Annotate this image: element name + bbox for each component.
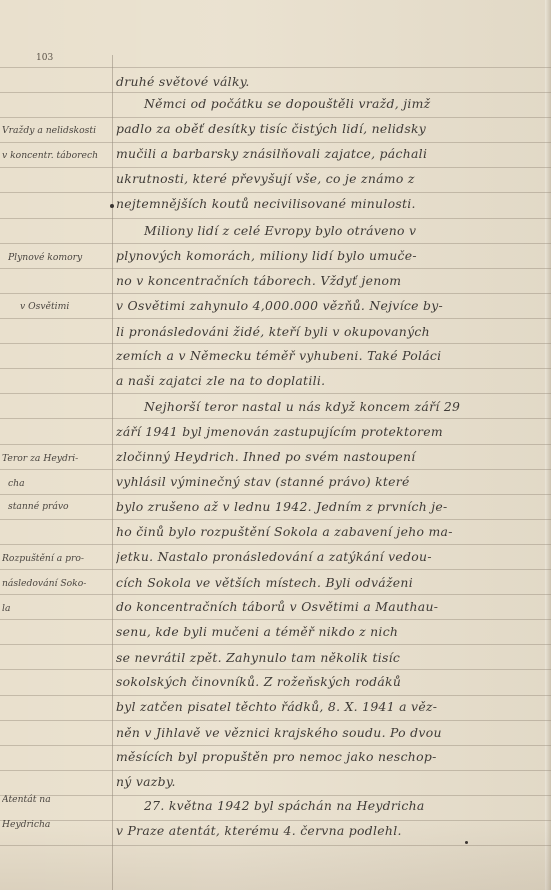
text-line: 27. května 1942 byl spáchán na Heydricha [116,798,545,813]
text-line: zemích a v Německu téměř vyhubeni. Také … [116,348,545,363]
text-line: a naši zajatci zle na to doplatili. [116,373,545,388]
chronicle-page: 103 druhé světové války. Němci od počátk… [0,0,551,890]
text-line: no v koncentračních táborech. Vždyť jeno… [116,273,545,288]
ruled-line [0,418,551,419]
ruled-line [0,569,551,570]
text-line: Nejhorší teror nastal u nás když koncem … [116,399,545,414]
ruled-line [0,318,551,319]
text-line: padlo za oběť desítky tisíc čistých lidí… [116,121,545,136]
ruled-line [0,393,551,394]
ruled-line [0,720,551,721]
text-line: sokolských činovníků. Z rožeňských rodák… [116,674,545,689]
text-line: jetku. Nastalo pronásledování a zatýkání… [116,549,545,564]
ink-dot [465,841,468,844]
ruled-line [0,167,551,168]
text-line: cích Sokola ve větších místech. Byli odv… [116,575,545,590]
page-number: 103 [36,53,53,63]
text-line: něn v Jihlavě ve věznici krajského soudu… [116,725,545,740]
ruled-line [0,845,551,846]
text-line: senu, kde byli mučeni a téměř nikdo z ni… [116,624,545,639]
margin-line [112,55,113,890]
margin-note: Heydricha [2,819,112,830]
ruled-line [0,142,551,143]
ruled-line [0,293,551,294]
text-line: zločinný Heydrich. Ihned po svém nastoup… [116,449,545,464]
text-line: vyhlásil výminečný stav (stanné právo) k… [116,474,545,489]
ruled-line [0,770,551,771]
margin-note: stanné právo [8,501,118,512]
text-line: Miliony lidí z celé Evropy bylo otráveno… [116,223,545,238]
margin-note: v koncentr. táborech [2,150,112,161]
ruled-line [0,117,551,118]
text-line: do koncentračních táborů v Osvětimi a Ma… [116,599,545,614]
ruled-line [0,669,551,670]
ruled-line [0,494,551,495]
ruled-line [0,268,551,269]
ruled-line [0,469,551,470]
ink-dot [110,204,114,208]
text-line: byl zatčen pisatel těchto řádků, 8. X. 1… [116,699,545,714]
text-line: se nevrátil zpět. Zahynulo tam několik t… [116,650,545,665]
margin-note: Vraždy a nelidskosti [2,125,112,136]
ruled-line [0,218,551,219]
margin-note: v Osvětimi [20,301,130,312]
margin-note: následování Soko- [2,578,112,589]
ruled-line [0,192,551,193]
text-line: li pronásledováni židé, kteří byli v oku… [116,324,545,339]
ruled-line [0,444,551,445]
margin-note: Rozpuštění a pro- [2,553,112,564]
page-edge [545,0,551,890]
ruled-line [0,343,551,344]
ruled-line [0,745,551,746]
text-line: Němci od počátku se dopouštěli vražd, ji… [116,96,545,111]
margin-note: la [2,603,112,614]
ruled-line [0,695,551,696]
ruled-line [0,619,551,620]
text-line: ukrutnosti, které převyšují vše, co je z… [116,171,545,186]
text-line: září 1941 byl jmenován zastupujícím prot… [116,424,545,439]
ruled-line [0,594,551,595]
text-line: v Osvětimi zahynulo 4,000.000 vězňů. Nej… [116,298,545,313]
text-line: v Praze atentát, kterému 4. června podle… [116,823,545,838]
margin-note: cha [8,478,118,489]
margin-note: Teror za Heydri- [2,453,112,464]
text-line: bylo zrušeno až v lednu 1942. Jedním z p… [116,499,545,514]
ruled-line [0,92,551,93]
margin-note: Atentát na [2,794,112,805]
text-line: ný vazby. [116,774,545,789]
margin-note: Plynové komory [8,252,118,263]
ruled-line [0,243,551,244]
text-line: ho činů bylo rozpuštění Sokola a zabaven… [116,524,545,539]
text-line: mučili a barbarsky znásilňovali zajatce,… [116,146,545,161]
ruled-line [0,67,551,68]
text-line: plynových komorách, miliony lidí bylo um… [116,248,545,263]
text-line: druhé světové války. [116,74,545,89]
text-line: nejtemnějších koutů necivilisované minul… [116,196,545,211]
ruled-line [0,519,551,520]
ruled-line [0,644,551,645]
text-line: měsících byl propuštěn pro nemoc jako ne… [116,749,545,764]
ruled-line [0,544,551,545]
ruled-line [0,368,551,369]
